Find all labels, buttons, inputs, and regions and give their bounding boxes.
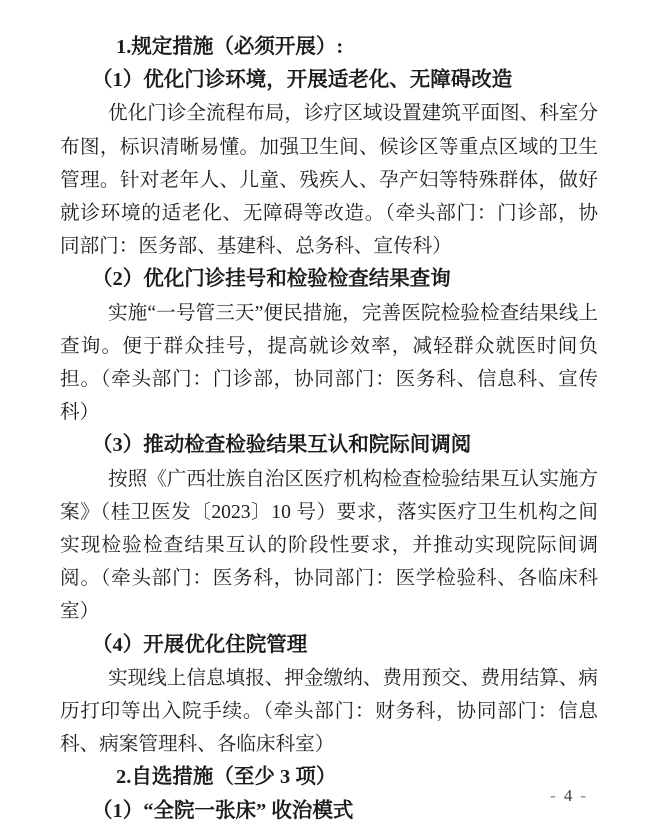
page-number-left-dash: - [550,786,556,805]
heading-optional-measures: 2.自选措施（至少 3 项） [60,761,598,794]
para-inpatient-management-details: 实现线上信息填报、押金缴纳、费用预交、费用结算、病历打印等出入院手续。（牵头部门… [60,662,598,762]
para-registration-results-details: 实施“一号管三天”便民措施，完善医院检验检查结果线上查询。便于群众挂号，提高就诊… [60,297,598,430]
heading-required-measures: 1.规定措施（必须开展）: [60,31,598,64]
document-page: 1.规定措施（必须开展）: （1）优化门诊环境，开展适老化、无障碍改造 优化门诊… [0,0,655,832]
para-mutual-recognition-details: 按照《广西壮族自治区医疗机构检查检验结果互认实施方案》（桂卫医发〔2023〕10… [60,463,598,629]
heading-optimize-inpatient-management: （4）开展优化住院管理 [60,629,598,662]
page-footer: -4- [550,787,586,804]
heading-whole-hospital-one-bed-model: （1）“全院一张床” 收治模式 [60,795,598,828]
heading-optimize-registration-results-query: （2）优化门诊挂号和检验检查结果查询 [60,263,598,296]
page-number-right-dash: - [580,786,586,805]
document-body: 1.规定措施（必须开展）: （1）优化门诊环境，开展适老化、无障碍改造 优化门诊… [0,0,655,828]
heading-optimize-outpatient-environment: （1）优化门诊环境，开展适老化、无障碍改造 [60,64,598,97]
page-number: 4 [564,786,573,805]
heading-promote-mutual-recognition: （3）推动检查检验结果互认和院际间调阅 [60,429,598,462]
para-outpatient-environment-details: 优化门诊全流程布局，诊疗区域设置建筑平面图、科室分布图，标识清晰易懂。加强卫生间… [60,97,598,263]
